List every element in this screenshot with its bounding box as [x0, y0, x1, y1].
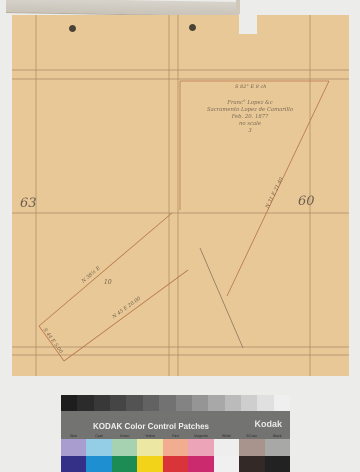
color-patch — [137, 456, 162, 472]
color-patch — [239, 456, 264, 472]
patch-label: Green — [112, 434, 137, 438]
color-patch — [163, 439, 188, 456]
color-patch — [61, 439, 86, 456]
color-patch — [61, 456, 86, 472]
chart-title: KODAK Color Control Patches — [93, 422, 209, 431]
color-patch — [112, 456, 137, 472]
color-patch — [188, 456, 213, 472]
title-line-4: no scale — [200, 121, 300, 128]
patch-label: Magenta — [188, 434, 213, 438]
parcel-label-10: 10 — [104, 279, 112, 286]
lot-number-left: 63 — [20, 196, 37, 211]
color-patch — [188, 439, 213, 456]
color-patch — [214, 439, 239, 456]
kodak-logo: Kodak — [254, 419, 282, 429]
color-patch — [86, 456, 111, 472]
bearing-top: S 82° E 8 ch — [235, 84, 267, 90]
color-patch — [214, 456, 239, 472]
chart-label-band: KODAK Color Control Patches Kodak Blue C… — [61, 411, 290, 439]
patch-label: 3/Color — [239, 434, 264, 438]
patch-row-saturated — [61, 456, 290, 472]
patch-label: Black — [265, 434, 290, 438]
title-parcel: 3 — [200, 128, 300, 135]
patch-label: Red — [163, 434, 188, 438]
kodak-color-chart: KODAK Color Control Patches Kodak Blue C… — [61, 395, 290, 472]
title-line-2: Sacramento Lopez de Camarillo — [200, 107, 300, 114]
gray-scale-strip — [61, 395, 290, 411]
color-patch — [137, 439, 162, 456]
lot-number-right: 60 — [298, 194, 315, 209]
color-patch — [163, 456, 188, 472]
color-patch — [112, 439, 137, 456]
patch-label: Cyan — [86, 434, 111, 438]
color-patch — [239, 439, 264, 456]
title-line-1: Franc° Lopez &c — [200, 100, 300, 107]
title-line-3: Feb. 20. 1877 — [200, 114, 300, 121]
title-block: Franc° Lopez &c Sacramento Lopez de Cama… — [200, 100, 300, 135]
color-patch — [265, 439, 290, 456]
patch-row-light — [61, 439, 290, 456]
color-patch — [86, 439, 111, 456]
patch-label: Yellow — [137, 434, 162, 438]
patch-label: Blue — [61, 434, 86, 438]
patch-labels: Blue Cyan Green Yellow Red Magenta White… — [61, 434, 290, 438]
patch-label: White — [214, 434, 239, 438]
color-patch — [265, 456, 290, 472]
